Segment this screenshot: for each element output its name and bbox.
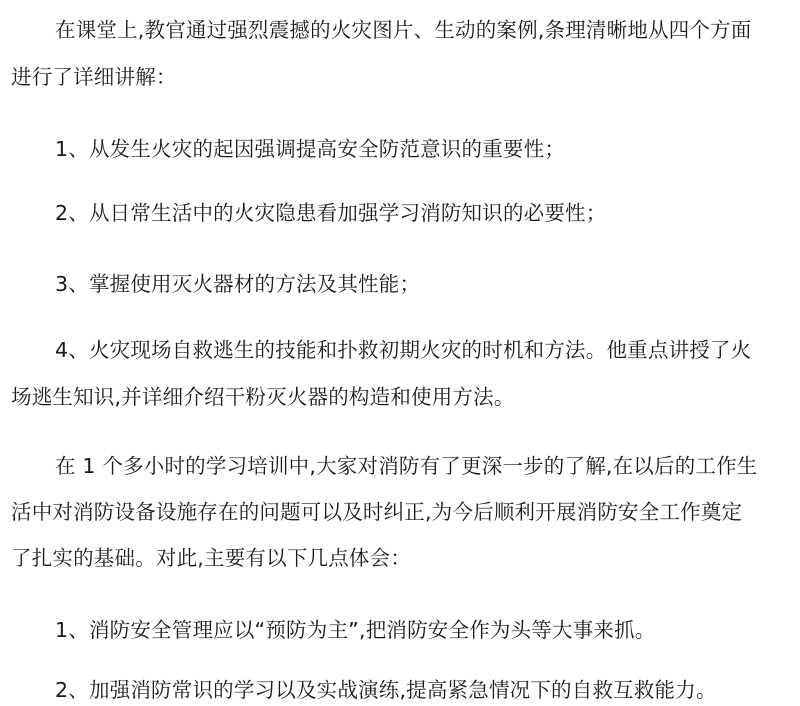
summary-line-3: 了扎实的基础。对此,主要有以下几点体会： (11, 546, 411, 570)
point-1: 1、从发生火灾的起因强调提高安全防范意识的重要性； (55, 137, 565, 161)
insight-2: 2、加强消防常识的学习以及实战演练,提高紧急情况下的自救互救能力。 (55, 678, 717, 702)
document-page: 在课堂上,教官通过强烈震撼的火灾图片、生动的案例,条理清晰地从四个方面 进行了详… (0, 0, 800, 706)
insight-1: 1、消防安全管理应以“预防为主”,把消防安全作为头等大事来抓。 (55, 618, 656, 642)
summary-line-2: 活中对消防设备设施存在的问题可以及时纠正,为今后顺利开展消防安全工作奠定 (11, 500, 742, 524)
point-2: 2、从日常生活中的火灾隐患看加强学习消防知识的必要性； (55, 201, 606, 225)
summary-line-1: 在 1 个多小时的学习培训中,大家对消防有了更深一步的了解,在以后的工作生 (55, 454, 758, 478)
point-4-line-2: 场逃生知识,并详细介绍干粉灭火器的构造和使用方法。 (11, 385, 515, 409)
intro-line-2: 进行了详细讲解： (11, 65, 177, 89)
point-4-line-1: 4、火灾现场自救逃生的技能和扑救初期火灾的时机和方法。他重点讲授了火 (55, 338, 751, 362)
intro-line-1: 在课堂上,教官通过强烈震撼的火灾图片、生动的案例,条理清晰地从四个方面 (55, 18, 752, 42)
point-3: 3、掌握使用灭火器材的方法及其性能； (55, 272, 420, 296)
